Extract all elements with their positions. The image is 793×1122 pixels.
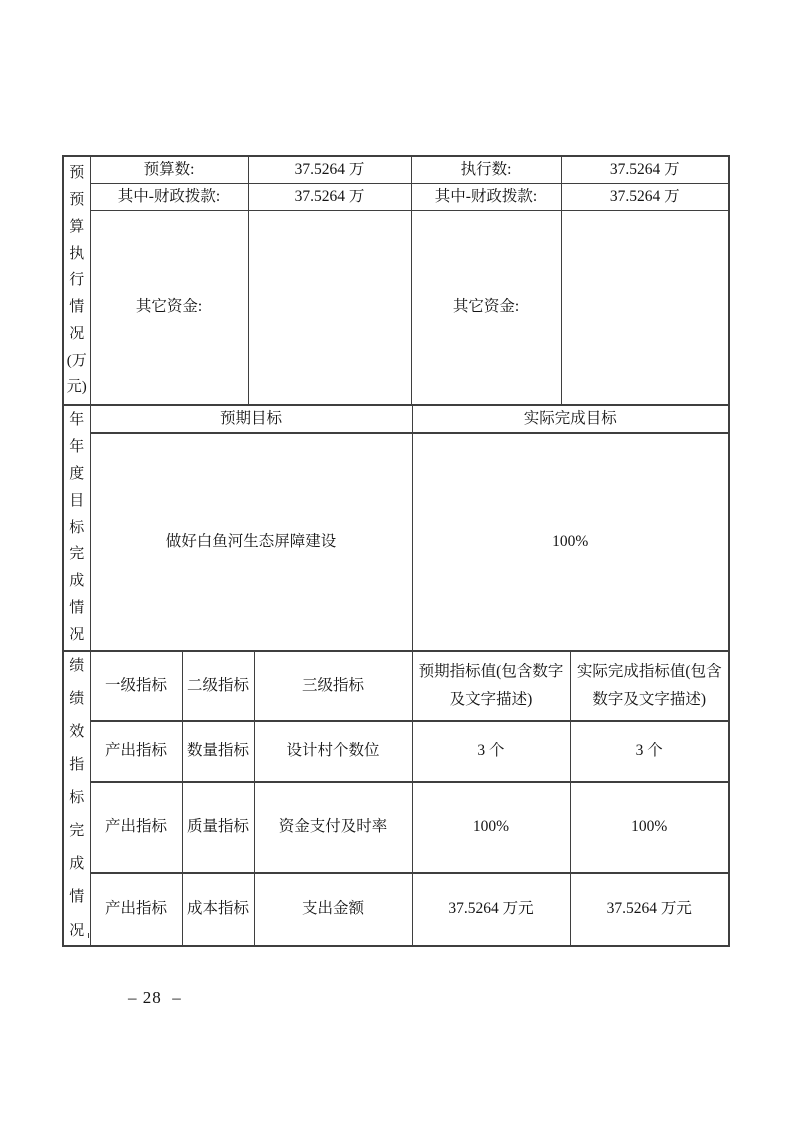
expected-goal-cell: 做好白鱼河生态屏障建设 bbox=[90, 433, 412, 651]
actual-goal-header: 实际完成目标 bbox=[412, 405, 729, 433]
performance-vertical-label: 绩绩效指标完成情况 bbox=[63, 651, 90, 946]
budget-amount-value: 37.5264 万 bbox=[248, 156, 411, 184]
indicator-level3-cell: 资金支付及时率 bbox=[254, 782, 412, 873]
indicator-level2-cell: 质量指标 bbox=[182, 782, 254, 873]
table-row: 预预算执行情况(万元) 预算数: 37.5264 万 执行数: 37.5264 … bbox=[63, 156, 729, 184]
execution-fiscal-value: 37.5264 万 bbox=[561, 184, 729, 211]
indicator-header-actual: 实际完成指标值(包含数字及文字描述) bbox=[570, 651, 729, 721]
budget-execution-section: 预预算执行情况(万元) 预算数: 37.5264 万 执行数: 37.5264 … bbox=[62, 155, 730, 406]
vertical-label-text: 预预算执行情况(万元) bbox=[64, 165, 90, 395]
indicator-level2-cell: 数量指标 bbox=[182, 721, 254, 782]
indicator-level1-cell: 产出指标 bbox=[90, 873, 182, 946]
budget-section-vertical-label: 预预算执行情况(万元) bbox=[63, 156, 90, 405]
indicator-expected-value: 37.5264 万元 bbox=[412, 873, 570, 946]
indicator-header-level3: 三级指标 bbox=[254, 651, 412, 721]
vertical-label-text: 绩绩效指标完成情况 bbox=[64, 658, 90, 939]
document-page: 预预算执行情况(万元) 预算数: 37.5264 万 执行数: 37.5264 … bbox=[0, 0, 793, 1122]
execution-amount-value: 37.5264 万 bbox=[561, 156, 729, 184]
budget-fiscal-label: 其中-财政拨款: bbox=[90, 184, 248, 211]
indicator-header-level1: 一级指标 bbox=[90, 651, 182, 721]
indicator-actual-value: 100% bbox=[570, 782, 729, 873]
execution-other-funds-label: 其它资金: bbox=[411, 211, 561, 405]
table-row: 绩绩效指标完成情况 一级指标 二级指标 三级指标 预期指标值(包含数字及文字描述… bbox=[63, 651, 729, 721]
indicator-level1-cell: 产出指标 bbox=[90, 782, 182, 873]
execution-fiscal-label: 其中-财政拨款: bbox=[411, 184, 561, 211]
report-table: 预预算执行情况(万元) 预算数: 37.5264 万 执行数: 37.5264 … bbox=[62, 155, 728, 947]
indicator-level1-cell: 产出指标 bbox=[90, 721, 182, 782]
indicator-expected-value: 3 个 bbox=[412, 721, 570, 782]
indicator-level3-cell: 设计村个数位 bbox=[254, 721, 412, 782]
page-number: – 28 – bbox=[128, 988, 182, 1008]
annual-goal-section: 年年度目标完成情况 预期目标 实际完成目标 做好白鱼河生态屏障建设 100% bbox=[62, 404, 730, 652]
table-row: 产出指标 质量指标 资金支付及时率 100% 100% bbox=[63, 782, 729, 873]
table-row: 做好白鱼河生态屏障建设 100% bbox=[63, 433, 729, 651]
table-row: 产出指标 数量指标 设计村个数位 3 个 3 个 bbox=[63, 721, 729, 782]
indicator-level2-cell: 成本指标 bbox=[182, 873, 254, 946]
budget-amount-label: 预算数: bbox=[90, 156, 248, 184]
execution-amount-label: 执行数: bbox=[411, 156, 561, 184]
indicator-actual-value: 3 个 bbox=[570, 721, 729, 782]
expected-goal-header: 预期目标 bbox=[90, 405, 412, 433]
budget-other-funds-value bbox=[248, 211, 411, 405]
table-row: 其中-财政拨款: 37.5264 万 其中-财政拨款: 37.5264 万 bbox=[63, 184, 729, 211]
execution-other-funds-value bbox=[561, 211, 729, 405]
indicator-actual-value: 37.5264 万元 bbox=[570, 873, 729, 946]
vertical-label-text: 年年度目标完成情况 bbox=[64, 412, 90, 643]
indicator-level3-cell: 支出金额 bbox=[254, 873, 412, 946]
indicator-header-expected: 预期指标值(包含数字及文字描述) bbox=[412, 651, 570, 721]
table-row: 产出指标 成本指标 支出金额 37.5264 万元 37.5264 万元 bbox=[63, 873, 729, 946]
performance-indicator-section: 绩绩效指标完成情况 一级指标 二级指标 三级指标 预期指标值(包含数字及文字描述… bbox=[62, 650, 730, 947]
indicator-header-level2: 二级指标 bbox=[182, 651, 254, 721]
table-row: 年年度目标完成情况 预期目标 实际完成目标 bbox=[63, 405, 729, 433]
indicator-expected-value: 100% bbox=[412, 782, 570, 873]
budget-other-funds-label: 其它资金: bbox=[90, 211, 248, 405]
table-row: 其它资金: 其它资金: bbox=[63, 211, 729, 405]
table-continuation-lines bbox=[62, 933, 89, 938]
budget-fiscal-value: 37.5264 万 bbox=[248, 184, 411, 211]
actual-goal-cell: 100% bbox=[412, 433, 729, 651]
annual-goal-vertical-label: 年年度目标完成情况 bbox=[63, 405, 90, 651]
